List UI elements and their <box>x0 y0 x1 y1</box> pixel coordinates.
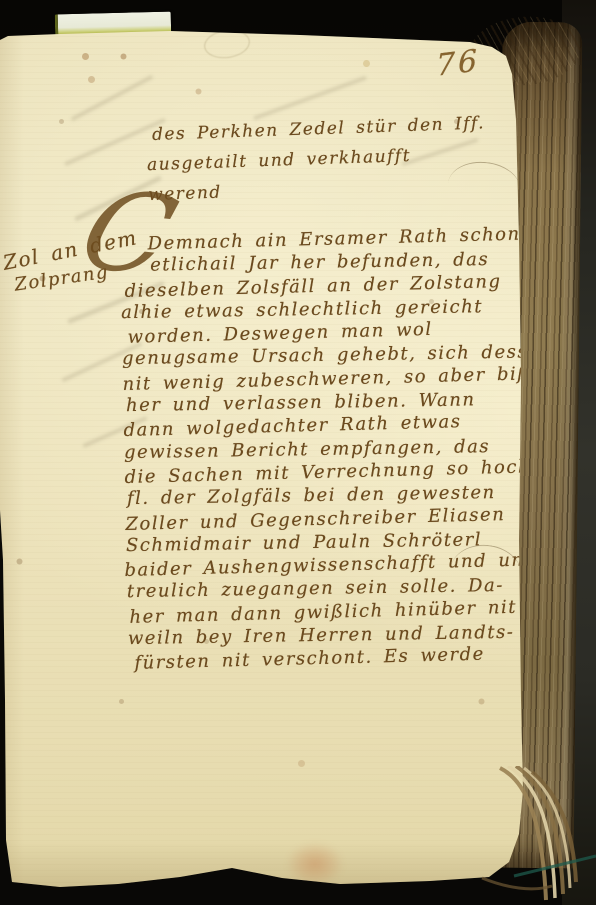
ink-stain <box>286 842 344 886</box>
ring-stain <box>202 27 251 61</box>
folio-page-number: 76 <box>436 43 480 84</box>
body-text-block: Demnach ain Ersamer Rath schon etlichail… <box>119 224 508 675</box>
page-corner-curl <box>462 766 596 905</box>
verso-bleedthrough-stroke <box>70 75 153 122</box>
manuscript-photo: 76 des Perkhen Zedel stür den Iff. ausge… <box>0 0 596 905</box>
heading-line-2: ausgetailt und verkhaufft werend <box>147 138 495 210</box>
heading: des Perkhen Zedel stür den Iff. ausgetai… <box>152 108 495 210</box>
foxing-spots <box>0 0 3 3</box>
